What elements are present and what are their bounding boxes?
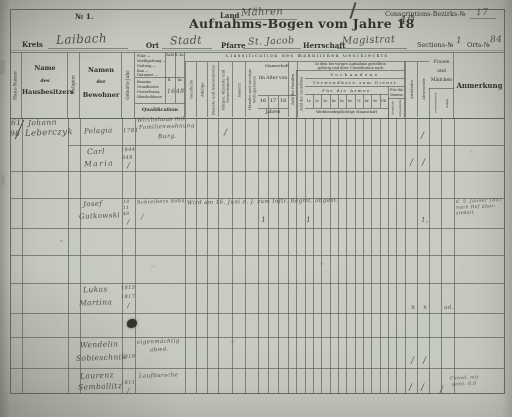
anmerkung-note-line: siedelt. (456, 211, 476, 217)
pflichtige-label: Werbbezirkspflichtige Mannschaft (305, 110, 388, 114)
tally-mark: / (224, 128, 228, 138)
owner-label-line: Hausbesitzers (22, 86, 68, 100)
herrschaft-value-handwriting: Magistrat (342, 34, 396, 47)
blank-underline (470, 18, 496, 19)
sections-label: Sections-№ (417, 41, 453, 49)
tally-mark: / (410, 158, 414, 168)
pfarre-label: Pfarre (221, 41, 246, 50)
grid-line (330, 94, 331, 108)
age-col-label: 4r. (330, 99, 338, 103)
anmerkung-column-label: Anmerkung (454, 81, 505, 90)
tally-mark: x (423, 303, 428, 311)
tally-mark: / (127, 302, 130, 310)
frauen-title-line: Frauen (429, 58, 454, 67)
house-no-column-label: Haus-Numer (10, 54, 22, 116)
grid-line (355, 118, 356, 394)
owner-column-label: Name des Hausbesitzers (22, 62, 68, 100)
ort-label: Ort (146, 41, 159, 50)
frauen-title: Frauen und Mädchen (429, 58, 454, 85)
inhabitant-name: Martina (79, 297, 113, 307)
age-col-label: 5r. (338, 99, 346, 103)
grid-line (346, 94, 347, 108)
inhabitant-name: Wendelin (80, 339, 119, 349)
jahren-label: Jahren (258, 110, 288, 115)
behausung-row: Gattung — (137, 64, 156, 68)
owner-last-name: Leberczyk (25, 127, 73, 139)
behausung-head-flkr: fl. kr. (175, 53, 184, 57)
tally-mark: / (421, 383, 425, 393)
header-rule (10, 50, 505, 51)
grid-line (355, 94, 356, 108)
row-line (10, 313, 505, 314)
birth-year-value: 18 (123, 200, 130, 206)
grid-line (258, 118, 259, 394)
grid-line (441, 118, 442, 394)
dienst-label: Verwendbare zum Dienst (305, 80, 405, 85)
behausung-head-zahl: Zahl (166, 53, 174, 57)
tally-mark: / (127, 161, 130, 170)
kreis-value-handwriting: Laibach (56, 31, 108, 47)
paper-speckle (320, 262, 324, 265)
grid-line (305, 118, 306, 394)
tally-mark: 1, (421, 216, 429, 224)
sections-value-handwriting: 1 (456, 36, 462, 46)
grid-line (330, 118, 331, 394)
grid-line (258, 108, 288, 109)
grid-line (278, 118, 279, 394)
grid-line (268, 118, 269, 394)
grid-line (321, 94, 322, 108)
age-col-label: 3r. (321, 99, 330, 103)
owner-first-name: Johann (28, 117, 57, 127)
grid-line (296, 70, 405, 71)
grid-line (288, 118, 289, 394)
marine-title: Für die Marine (388, 88, 405, 97)
inhabitant-name: Pelagia (84, 127, 113, 136)
behausung-head-kr: kr. (178, 78, 183, 82)
qualification-label: Qualification (135, 107, 185, 113)
inhabitant-name: Maria (84, 158, 114, 168)
table-header-bottom (10, 118, 505, 119)
inhabitants-label-line: Namen (80, 63, 122, 77)
grid-line (245, 118, 246, 394)
frauen-title-line: Mädchen (429, 76, 454, 85)
tally-mark: / (127, 387, 130, 395)
frauen-title-line: und (429, 67, 454, 76)
grid-line (396, 118, 397, 394)
mannschaft-sub: Im Alter von (258, 76, 288, 81)
behausung-mid-row: Gewerbszins (137, 90, 160, 94)
birth-year-value: 1817 (121, 294, 136, 300)
vorhandene-label: Vorhandene (305, 72, 405, 77)
classification-title: Classification des männlichen Geschlecht… (185, 54, 429, 59)
grid-line (196, 118, 197, 394)
grid-line (232, 118, 233, 394)
birth-year-value: 48 (123, 212, 130, 218)
grid-line (68, 118, 69, 394)
behausung-row: Miethgattung — (137, 59, 166, 63)
conscription-district-label: Conscriptions-Bezirks-№ (385, 10, 466, 18)
inhabitant-name: Josef (83, 200, 103, 209)
grid-line (313, 118, 314, 394)
blank-underline (243, 48, 301, 49)
tally-mark: / (423, 356, 427, 366)
tally-mark: / (409, 383, 413, 393)
tally-mark: / (411, 356, 415, 366)
blank-underline (162, 48, 212, 49)
pfarre-value-handwriting: St. Jacob (248, 35, 295, 48)
grid-line (371, 94, 372, 108)
grid-line (207, 118, 208, 394)
grid-line (313, 94, 314, 108)
grid-line (363, 118, 364, 394)
grid-line (363, 94, 364, 108)
age-col-label: 9r. (371, 99, 380, 103)
class-column-haeusler: Häusler und sonstige Wohnparteien (245, 62, 259, 117)
behausung-mid-row: Bauzins (137, 80, 151, 84)
inhabitant-name: Gutkowski (79, 211, 120, 220)
row-line (10, 283, 505, 284)
qualification-value: abwd. (150, 347, 169, 354)
paper-speckle (60, 240, 63, 242)
paper-speckle (230, 340, 235, 343)
grid-line (185, 118, 186, 394)
orts-number-label: Orts-№ (467, 41, 490, 49)
row-line (10, 255, 505, 256)
inhabitant-name: Lukas (83, 285, 108, 295)
age-18: 18 (278, 98, 288, 104)
grid-line (388, 118, 389, 394)
age-col-label: 6r. (346, 99, 355, 103)
row-line (10, 368, 505, 369)
age-col-label: 7r. (355, 99, 363, 103)
birth-year-value: 1781 (123, 128, 139, 135)
age-16: 16 (258, 98, 268, 104)
behausung-row: Fuhr — (137, 54, 150, 58)
ort-value-handwriting: Stadt (170, 33, 202, 47)
behausung-value-fl: 16 (167, 88, 176, 95)
conscription-district-value: 17 (476, 8, 489, 18)
anmerkung-note-line: od. (444, 305, 454, 311)
scanned-census-form: № 1. Land Mähren Aufnahms-Bogen vom Jahr… (0, 0, 512, 417)
row-line (10, 337, 505, 338)
paper-edge-mark (1, 175, 5, 185)
tally-mark: / (421, 131, 425, 141)
grid-line (380, 94, 381, 108)
tally-mark: 1 (306, 215, 311, 224)
grid-line (80, 118, 81, 394)
tally-mark: 1 (261, 215, 266, 224)
grid-line (135, 103, 185, 104)
form-title: Aufnahms-Bogen vom Jahre 18 (189, 16, 415, 31)
birth-year-column-label: Geburts-Jahr (122, 54, 135, 116)
grid-line (296, 118, 297, 394)
inhabitants-label-line: der (80, 77, 122, 88)
grid-line (429, 118, 430, 394)
inhabitant-name: Carl (87, 147, 105, 157)
grid-line (218, 118, 219, 394)
row-line (10, 228, 505, 229)
inhabitant-name: Laurenz (80, 370, 114, 380)
class-column-bauern: Bauern (232, 62, 246, 117)
birth-year-value: 1811 (121, 380, 136, 386)
age-col-label: 1r. (305, 99, 313, 103)
behausung-head-fl: fl. (168, 78, 171, 82)
paper-speckle (150, 265, 156, 268)
inhabitant-name: Semballitz (78, 381, 122, 392)
birth-year-value: 1819 (121, 354, 136, 360)
behausung-value-kr: 48 (176, 88, 185, 95)
blank-underline (48, 48, 128, 49)
birth-year-value: 1844 (121, 147, 136, 153)
row-line (10, 171, 505, 172)
grid-line (305, 108, 388, 109)
grid-line (346, 118, 347, 394)
birth-year-value: 11 (123, 206, 130, 212)
religion-column-label: Religion (68, 54, 80, 116)
owner-label-line: Name (22, 62, 68, 76)
grid-line (405, 118, 406, 394)
age-col-label: Ub. (380, 99, 388, 103)
tally-mark: / (422, 158, 426, 168)
age-col-label: 2r. (313, 99, 321, 103)
grid-line (321, 118, 322, 394)
grid-line (305, 78, 405, 79)
age-17: 17 (268, 98, 278, 104)
inhabitants-column-label: Namen der Bewohner (80, 63, 122, 103)
anmerkung-note-line: ganz. 8.d (452, 382, 477, 388)
armee-label: Für die Armee (305, 88, 388, 93)
birth-year-value: 1815 (121, 285, 136, 291)
paper-edge-mark (0, 60, 5, 74)
housing-note-line: Burg. (158, 133, 177, 141)
tally-mark: x (411, 303, 416, 311)
orts-number-value: 84 (490, 35, 503, 45)
tally-mark: / (127, 218, 130, 226)
sheet-number: № 1. (75, 12, 94, 21)
grid-line (371, 118, 372, 394)
behausung-mid-row: Häuslerklasse (137, 95, 162, 99)
grid-line (135, 118, 136, 394)
inhabitant-name: Sobieschnik (76, 352, 127, 363)
age-col-label: 8r. (363, 99, 371, 103)
owner-label-line: des (22, 76, 68, 87)
paper-speckle (470, 150, 473, 153)
inhabitants-label-line: Bewohner (80, 88, 122, 102)
tally-mark: / (141, 213, 144, 221)
grid-line (22, 118, 23, 394)
grid-line (305, 86, 405, 87)
blank-underline (337, 48, 407, 49)
grid-line (417, 118, 418, 394)
grid-line (454, 118, 455, 394)
grid-line (380, 118, 381, 394)
anmerkung-note-line: Convd. mit (450, 375, 479, 381)
marine-col-untauglich: untaugliche (396, 98, 405, 118)
frauen-col-ledige: ledige (441, 88, 454, 118)
class-column-buerger: Bürger, Künstler und Gewerbsleute (218, 62, 233, 117)
kreis-label: Kreis (22, 40, 43, 49)
behausung-mid-row: Grundbesitz (137, 85, 159, 89)
grid-line (338, 118, 339, 394)
grid-line (338, 94, 339, 108)
tally-mark: / (440, 385, 444, 395)
